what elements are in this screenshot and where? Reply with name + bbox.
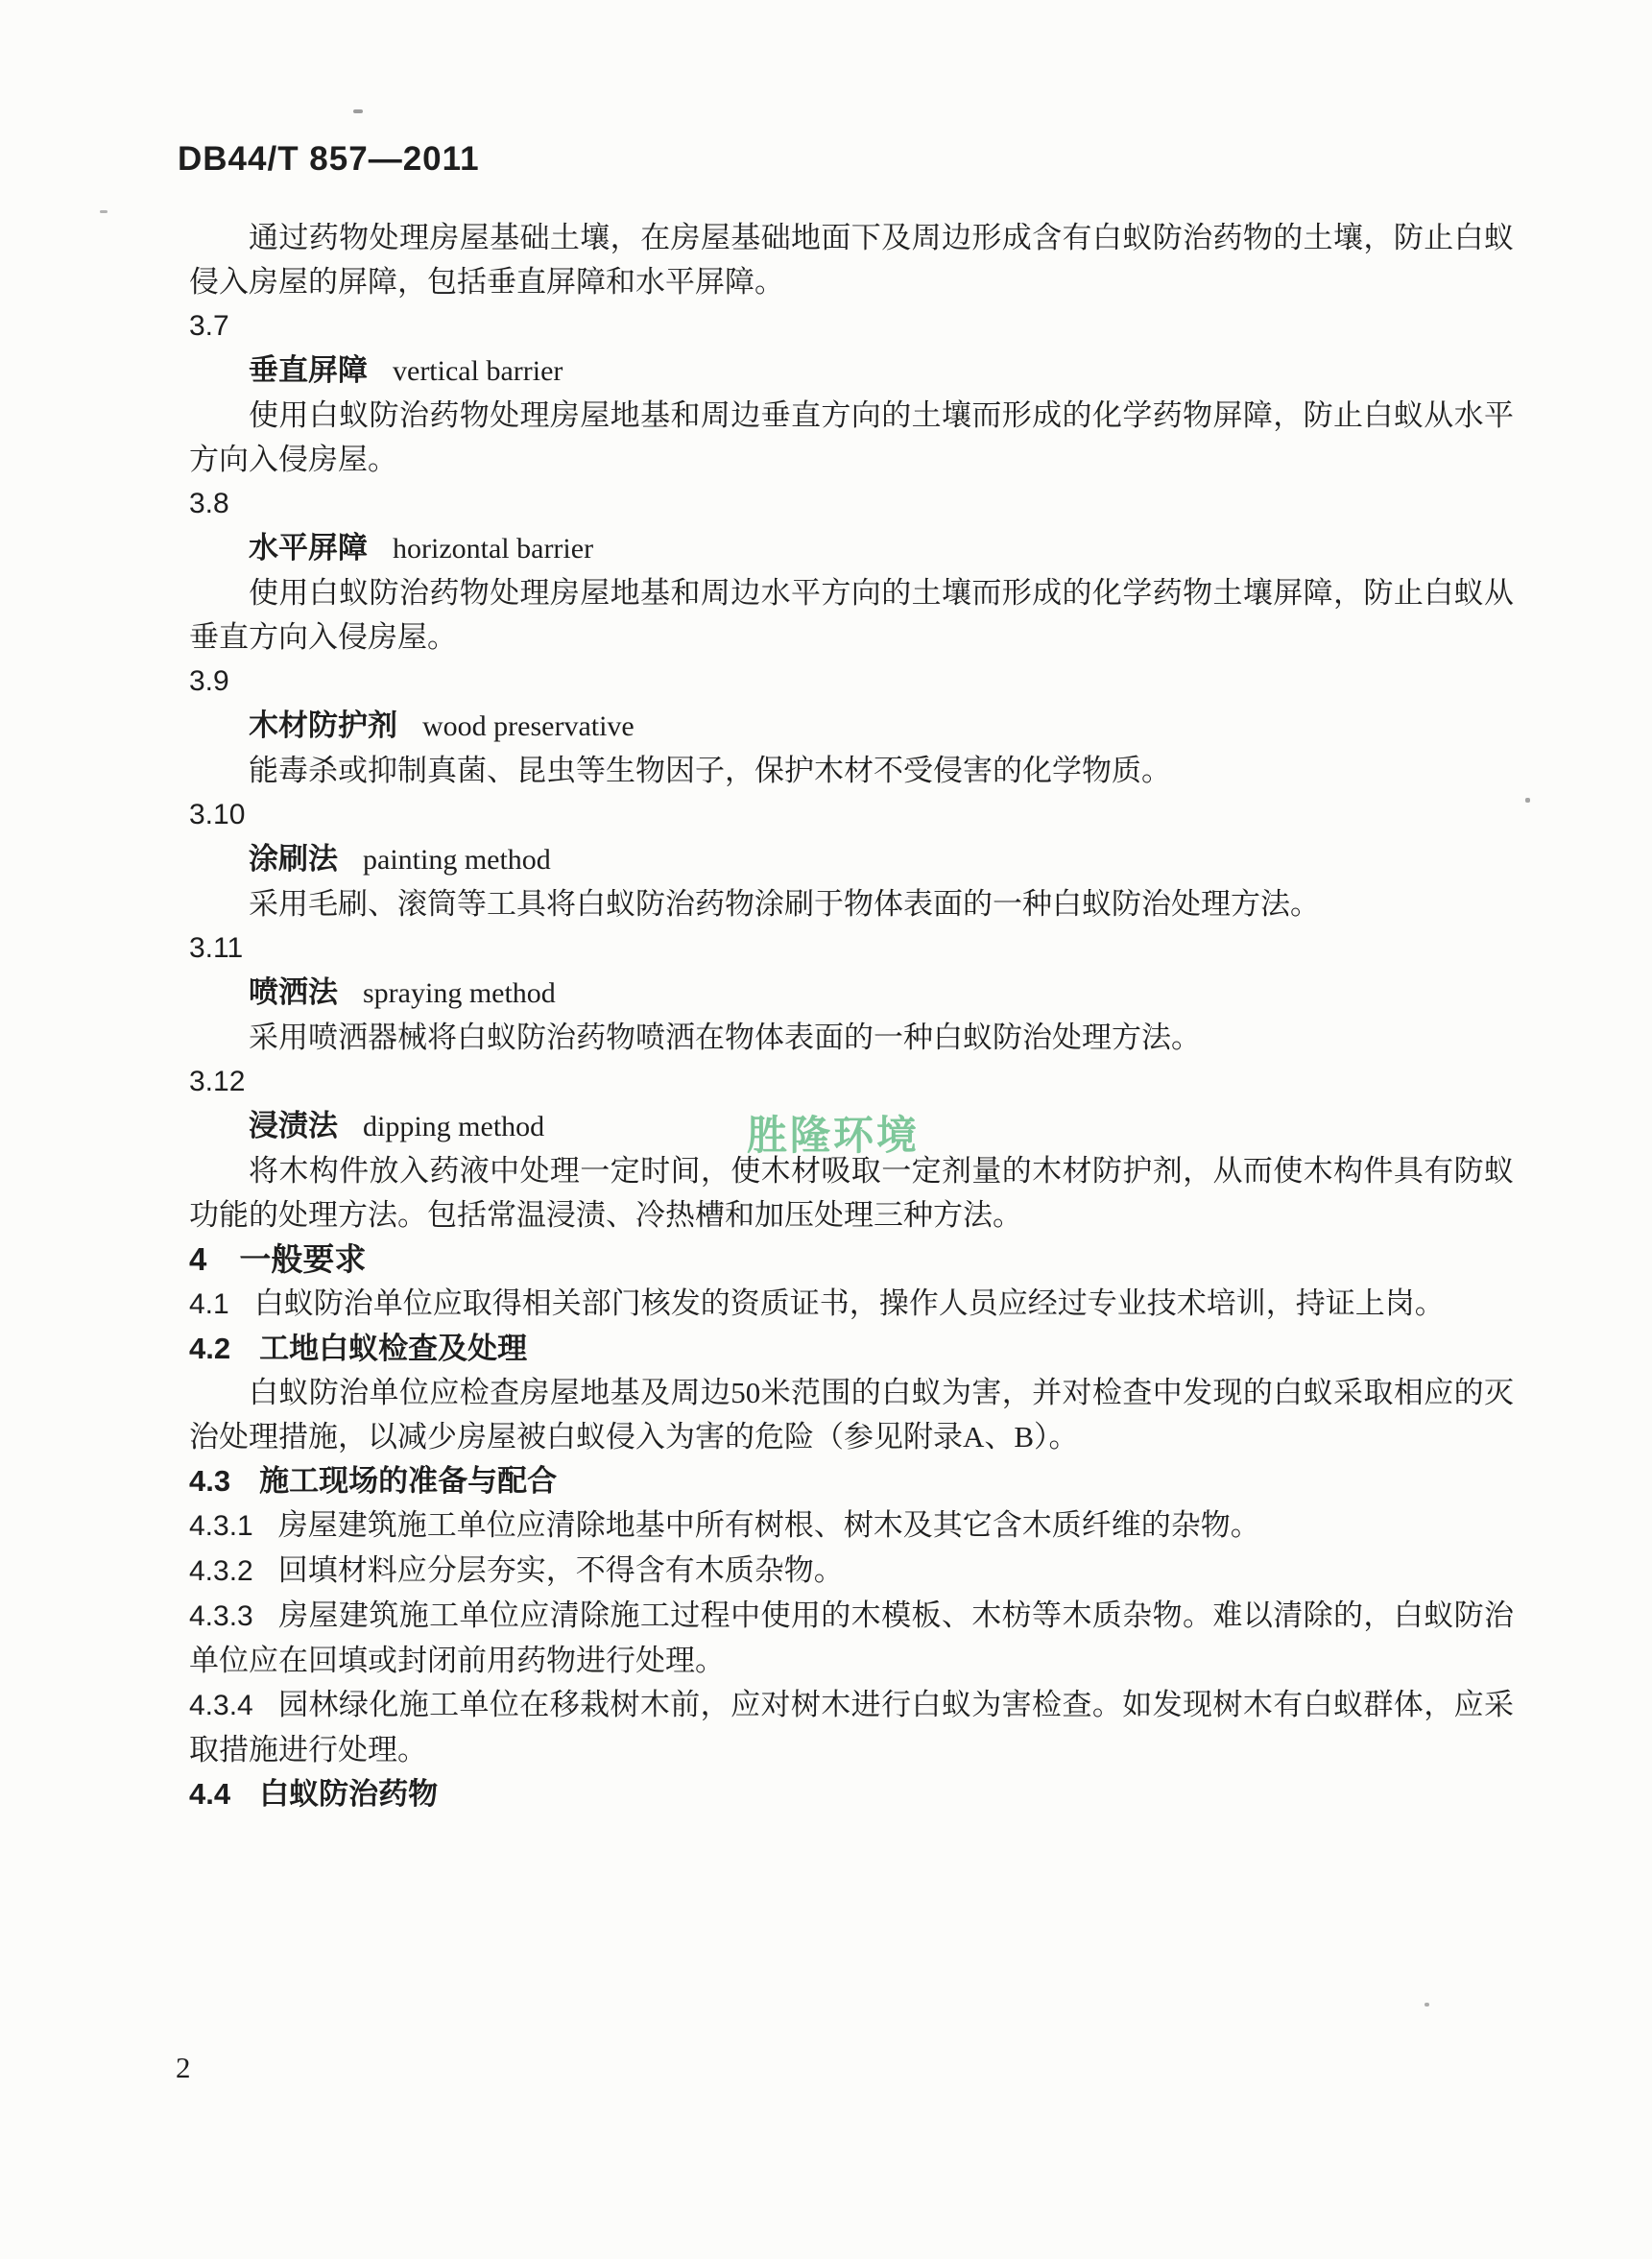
scan-artifact [1425, 2003, 1429, 2007]
term-chinese: 喷洒法 [249, 975, 338, 1009]
section-4-heading: 4一般要求 [189, 1238, 1514, 1282]
clause-title: 施工现场的准备与配合 [259, 1464, 557, 1498]
clause-4-3-2: 4.3.2回填材料应分层夯实，不得含有木质杂物。 [189, 1549, 1514, 1594]
term-english: dipping method [363, 1111, 544, 1142]
clause-3-10: 3.10 涂刷法painting method 采用毛刷、滚筒等工具将白蚁防治药… [189, 793, 1514, 926]
term-english: painting method [363, 844, 551, 876]
scan-artifact [100, 210, 108, 213]
term-english: horizontal barrier [393, 533, 593, 565]
clause-number: 4.4 [189, 1777, 230, 1811]
clause-number: 4.3.2 [189, 1555, 253, 1587]
clause-number: 3.7 [189, 304, 1514, 348]
clause-number: 3.8 [189, 482, 1514, 526]
term-english: vertical barrier [393, 355, 563, 387]
clause-3-8: 3.8 水平屏障horizontal barrier 使用白蚁防治药物处理房屋地… [189, 482, 1514, 660]
term-chinese: 木材防护剂 [249, 709, 397, 742]
section-number: 4 [189, 1241, 206, 1277]
clause-text: 房屋建筑施工单位应清除地基中所有树根、树木及其它含木质纤维的杂物。 [278, 1508, 1260, 1542]
clause-4-2-heading: 4.2工地白蚁检查及处理 [189, 1327, 1514, 1371]
term-definition: 使用白蚁防治药物处理房屋地基和周边水平方向的土壤而形成的化学药物土壤屏障，防止白… [189, 571, 1514, 660]
clause-number: 4.3.3 [189, 1600, 253, 1632]
clause-title: 白蚁防治药物 [259, 1777, 438, 1811]
clause-number: 4.3.4 [189, 1690, 253, 1721]
clause-number: 3.11 [189, 926, 1514, 971]
term-chinese: 涂刷法 [249, 842, 338, 876]
document-body: 通过药物处理房屋基础土壤，在房屋基础地面下及周边形成含有白蚁防治药物的土壤，防止… [189, 216, 1514, 1816]
clause-4-4-heading: 4.4白蚁防治药物 [189, 1772, 1514, 1816]
term-heading: 涂刷法painting method [189, 837, 1514, 882]
scan-artifact [353, 109, 363, 113]
term-heading: 垂直屏障vertical barrier [189, 348, 1514, 394]
term-heading: 喷洒法spraying method [189, 971, 1514, 1016]
term-chinese: 水平屏障 [249, 531, 368, 565]
clause-number: 4.2 [189, 1332, 230, 1365]
clause-3-11: 3.11 喷洒法spraying method 采用喷洒器械将白蚁防治药物喷洒在… [189, 926, 1514, 1060]
term-chinese: 垂直屏障 [249, 353, 368, 387]
term-definition: 将木构件放入药液中处理一定时间，使木材吸取一定剂量的木材防护剂，从而使木构件具有… [189, 1149, 1514, 1238]
clause-number: 3.12 [189, 1060, 1514, 1104]
clause-4-2-paragraph: 白蚁防治单位应检查房屋地基及周边50米范围的白蚁为害，并对检查中发现的白蚁采取相… [189, 1371, 1514, 1459]
clause-4-3-1: 4.3.1房屋建筑施工单位应清除地基中所有树根、树木及其它含木质纤维的杂物。 [189, 1503, 1514, 1549]
section-title: 一般要求 [239, 1241, 366, 1277]
clause-title: 工地白蚁检查及处理 [259, 1332, 527, 1365]
term-definition: 采用喷洒器械将白蚁防治药物喷洒在物体表面的一种白蚁防治处理方法。 [189, 1016, 1514, 1060]
term-definition: 使用白蚁防治药物处理房屋地基和周边垂直方向的土壤而形成的化学药物屏障，防止白蚁从… [189, 394, 1514, 482]
clause-4-3-4: 4.3.4园林绿化施工单位在移栽树木前，应对树木进行白蚁为害检查。如发现树木有白… [189, 1683, 1514, 1772]
clause-text: 白蚁防治单位应取得相关部门核发的资质证书，操作人员应经过专业技术培训，持证上岗。 [254, 1286, 1445, 1320]
clause-number: 3.10 [189, 793, 1514, 837]
clause-4-3-heading: 4.3施工现场的准备与配合 [189, 1459, 1514, 1503]
page-number: 2 [176, 2051, 191, 2085]
clause-3-7: 3.7 垂直屏障vertical barrier 使用白蚁防治药物处理房屋地基和… [189, 304, 1514, 482]
clause-3-9: 3.9 木材防护剂wood preservative 能毒杀或抑制真菌、昆虫等生… [189, 660, 1514, 793]
clause-4-1: 4.1白蚁防治单位应取得相关部门核发的资质证书，操作人员应经过专业技术培训，持证… [189, 1282, 1514, 1327]
term-definition: 能毒杀或抑制真菌、昆虫等生物因子，保护木材不受侵害的化学物质。 [189, 749, 1514, 793]
scan-artifact [1525, 798, 1530, 803]
company-watermark: 胜隆环境 [747, 1104, 920, 1162]
clause-number: 4.1 [189, 1288, 229, 1320]
clause-text: 回填材料应分层夯实，不得含有木质杂物。 [278, 1553, 844, 1587]
standard-number: DB44/T 857—2011 [178, 140, 480, 179]
clause-number: 4.3.1 [189, 1510, 253, 1542]
clause-4-3-3: 4.3.3房屋建筑施工单位应清除施工过程中使用的木模板、木枋等木质杂物。难以清除… [189, 1594, 1514, 1683]
term-heading: 木材防护剂wood preservative [189, 704, 1514, 749]
clause-text: 房屋建筑施工单位应清除施工过程中使用的木模板、木枋等木质杂物。难以清除的，白蚁防… [189, 1598, 1514, 1677]
term-heading: 水平屏障horizontal barrier [189, 526, 1514, 571]
term-english: wood preservative [422, 710, 634, 742]
intro-paragraph: 通过药物处理房屋基础土壤，在房屋基础地面下及周边形成含有白蚁防治药物的土壤，防止… [189, 216, 1514, 304]
clause-text: 园林绿化施工单位在移栽树木前，应对树木进行白蚁为害检查。如发现树木有白蚁群体，应… [189, 1688, 1514, 1766]
term-chinese: 浸渍法 [249, 1109, 338, 1142]
term-definition: 采用毛刷、滚筒等工具将白蚁防治药物涂刷于物体表面的一种白蚁防治处理方法。 [189, 882, 1514, 926]
clause-number: 4.3 [189, 1464, 230, 1498]
term-english: spraying method [363, 977, 556, 1009]
clause-number: 3.9 [189, 660, 1514, 704]
